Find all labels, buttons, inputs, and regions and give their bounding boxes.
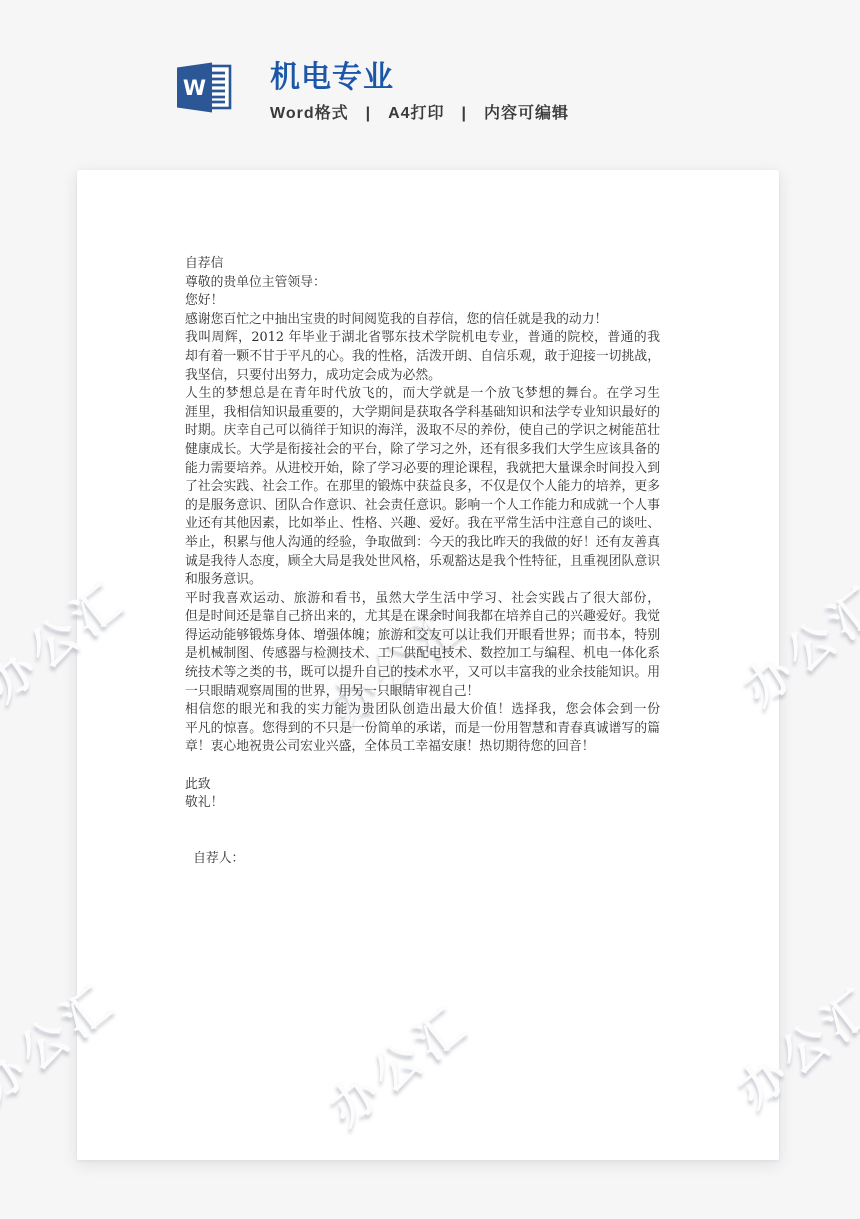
doc-line: 了社会实践、社会工作。在那里的锻炼中获益良多，不仅是仅个人能力的培养，更多 bbox=[185, 478, 660, 497]
doc-line: 平凡的惊喜。您得到的不只是一份简单的承诺，而是一份用智慧和青春真诚谱写的篇 bbox=[185, 720, 660, 739]
doc-line: 和服务意识。 bbox=[185, 571, 660, 590]
doc-line: 此致 bbox=[185, 776, 660, 795]
doc-line bbox=[185, 813, 660, 832]
word-icon-letter: W bbox=[183, 76, 206, 100]
doc-line: 涯里，我相信知识最重要的，大学期间是获取各学科基础知识和法学专业知识最好的 bbox=[185, 404, 660, 423]
doc-line: 时期。庆幸自己可以徜徉于知识的海洋，汲取不尽的养份，使自己的学识之树能茁壮 bbox=[185, 422, 660, 441]
doc-line: 我叫周辉，2012 年毕业于湖北省鄂东技术学院机电专业，普通的院校，普通的我 bbox=[185, 329, 660, 348]
format-info: Word格式 | A4打印 | 内容可编辑 bbox=[270, 100, 569, 123]
doc-line: 健康成长。大学是衔接社会的平台，除了学习之外，还有很多我们大学生应该具备的 bbox=[185, 441, 660, 460]
word-icon-svg: W bbox=[177, 62, 233, 113]
doc-line: 感谢您百忙之中抽出宝贵的时间阅览我的自荐信，您的信任就是我的动力！ bbox=[185, 311, 660, 330]
doc-line: 相信您的眼光和我的实力能为贵团队创造出最大价值！选择我，您会体会到一份 bbox=[185, 701, 660, 720]
template-preview-page: W 机电专业 Word格式 | A4打印 | 内容可编辑 办公汇办公汇办公汇办公… bbox=[0, 0, 860, 1219]
word-icon: W bbox=[177, 62, 233, 113]
doc-line: 却有着一颗不甘于平凡的心。我的性格，活泼开朗、自信乐观，敢于迎接一切挑战， bbox=[185, 348, 660, 367]
doc-line: 举止，积累与他人沟通的经验，争取做到：今天的我比昨天的我做的好！还有友善真 bbox=[185, 534, 660, 553]
doc-line: 敬礼！ bbox=[185, 794, 660, 813]
doc-line: 自荐信 bbox=[185, 255, 660, 274]
doc-line: 自荐人： bbox=[185, 850, 660, 869]
doc-line: 业还有其他因素，比如举止、性格、兴趣、爱好。我在平常生活中注意自己的谈吐、 bbox=[185, 515, 660, 534]
doc-line: 是机械制图、传感器与检测技术、工厂供配电技术、数控加工与编程、机电一体化系 bbox=[185, 645, 660, 664]
doc-line: 人生的梦想总是在青年时代放飞的，而大学就是一个放飞梦想的舞台。在学习生 bbox=[185, 385, 660, 404]
doc-line: 一只眼睛观察周围的世界，用另一只眼睛审视自己！ bbox=[185, 683, 660, 702]
doc-line: 您好！ bbox=[185, 292, 660, 311]
doc-line: 章！衷心地祝贵公司宏业兴盛，全体员工幸福安康！热切期待您的回音！ bbox=[185, 738, 660, 757]
doc-line: 但是时间还是靠自己挤出来的，尤其是在课余时间我都在培养自己的兴趣爱好。我觉 bbox=[185, 608, 660, 627]
header: W 机电专业 Word格式 | A4打印 | 内容可编辑 bbox=[0, 0, 860, 170]
doc-line: 得运动能够锻炼身体、增强体魄；旅游和交友可以让我们开眼看世界；而书本，特别 bbox=[185, 627, 660, 646]
document-body: 自荐信尊敬的贵单位主管领导：您好！感谢您百忙之中抽出宝贵的时间阅览我的自荐信，您… bbox=[185, 255, 660, 869]
page-title: 机电专业 bbox=[270, 52, 394, 96]
doc-line bbox=[185, 757, 660, 776]
doc-line: 尊敬的贵单位主管领导： bbox=[185, 274, 660, 293]
doc-line: 能力需要培养。从进校开始，除了学习必要的理论课程，我就把大量课余时间投入到 bbox=[185, 460, 660, 479]
doc-line: 诚是我待人态度，顾全大局是我处世风格，乐观豁达是我个性特征，且重视团队意识 bbox=[185, 553, 660, 572]
doc-line bbox=[185, 831, 660, 850]
doc-line: 的是服务意识、团队合作意识、社会责任意识。影响一个人工作能力和成就一个人事 bbox=[185, 497, 660, 516]
doc-line: 统技术等之类的书，既可以提升自己的技术水平，又可以丰富我的业余技能知识。用 bbox=[185, 664, 660, 683]
doc-line: 我坚信，只要付出努力，成功定会成为必然。 bbox=[185, 367, 660, 386]
doc-line: 平时我喜欢运动、旅游和看书，虽然大学生活中学习、社会实践占了很大部份， bbox=[185, 590, 660, 609]
